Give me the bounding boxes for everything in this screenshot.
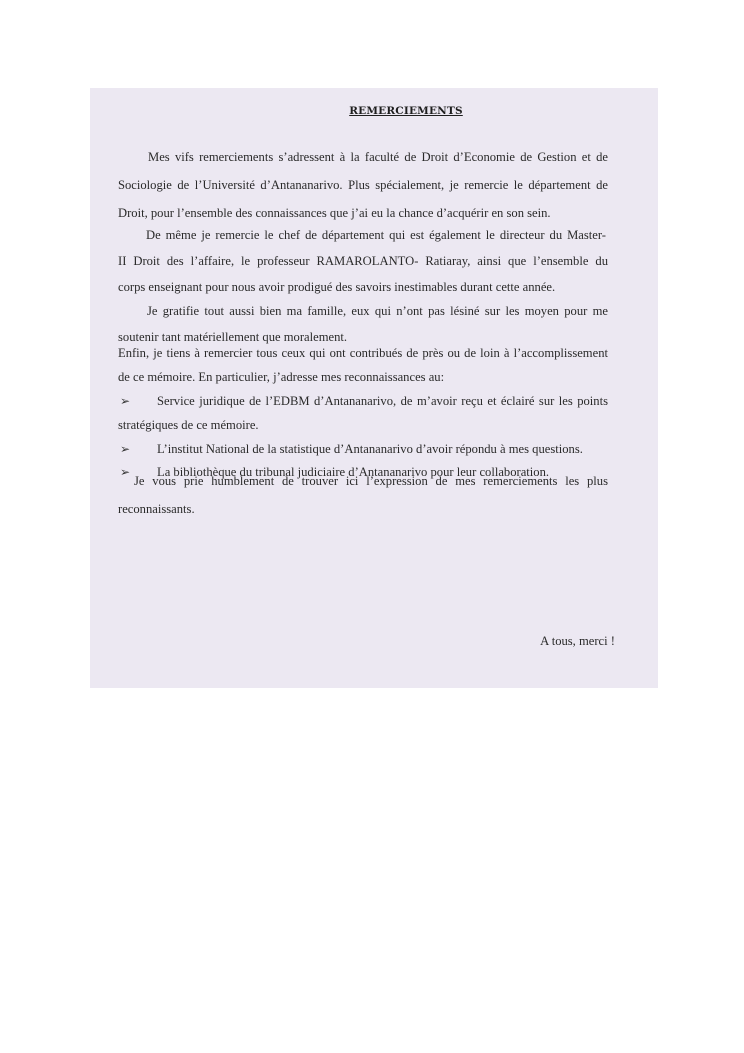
- arrow-bullet-icon: ➢: [120, 394, 130, 408]
- paragraph-2-line-3: corps enseignant pour nous avoir prodigu…: [118, 280, 555, 294]
- signoff: A tous, merci !: [540, 634, 615, 648]
- closing-line-1: Je vous prie humblement de trouver ici l…: [134, 474, 608, 488]
- bullet-1-line-1: Service juridique de l’EDBM d’Antananari…: [157, 394, 608, 408]
- paragraph-1-line-1: Mes vifs remerciements s’adressent à la …: [148, 150, 608, 164]
- paragraph-1-line-2: Sociologie de l’Université d’Antananariv…: [118, 178, 608, 192]
- arrow-bullet-icon: ➢: [120, 442, 130, 456]
- paragraph-4-line-1: Enfin, je tiens à remercier tous ceux qu…: [118, 346, 608, 360]
- bullet-1-line-2: stratégiques de ce mémoire.: [118, 418, 259, 432]
- paragraph-3-line-2: soutenir tant matériellement que moralem…: [118, 330, 347, 344]
- scanned-page: REMERCIEMENTS Mes vifs remerciements s’a…: [90, 88, 658, 688]
- paragraph-1-line-3: Droit, pour l’ensemble des connaissances…: [118, 206, 551, 220]
- paragraph-4-line-2: de ce mémoire. En particulier, j’adresse…: [118, 370, 444, 384]
- closing-line-2: reconnaissants.: [118, 502, 195, 516]
- paragraph-3-line-1: Je gratifie tout aussi bien ma famille, …: [147, 304, 608, 318]
- paragraph-2-line-2: II Droit des l’affaire, le professeur RA…: [118, 254, 608, 268]
- bullet-2-line-1: L’institut National de la statistique d’…: [157, 442, 583, 456]
- arrow-bullet-icon: ➢: [120, 465, 130, 479]
- page-title: REMERCIEMENTS: [90, 105, 658, 117]
- paragraph-2-line-1: De même je remercie le chef de départeme…: [146, 228, 606, 242]
